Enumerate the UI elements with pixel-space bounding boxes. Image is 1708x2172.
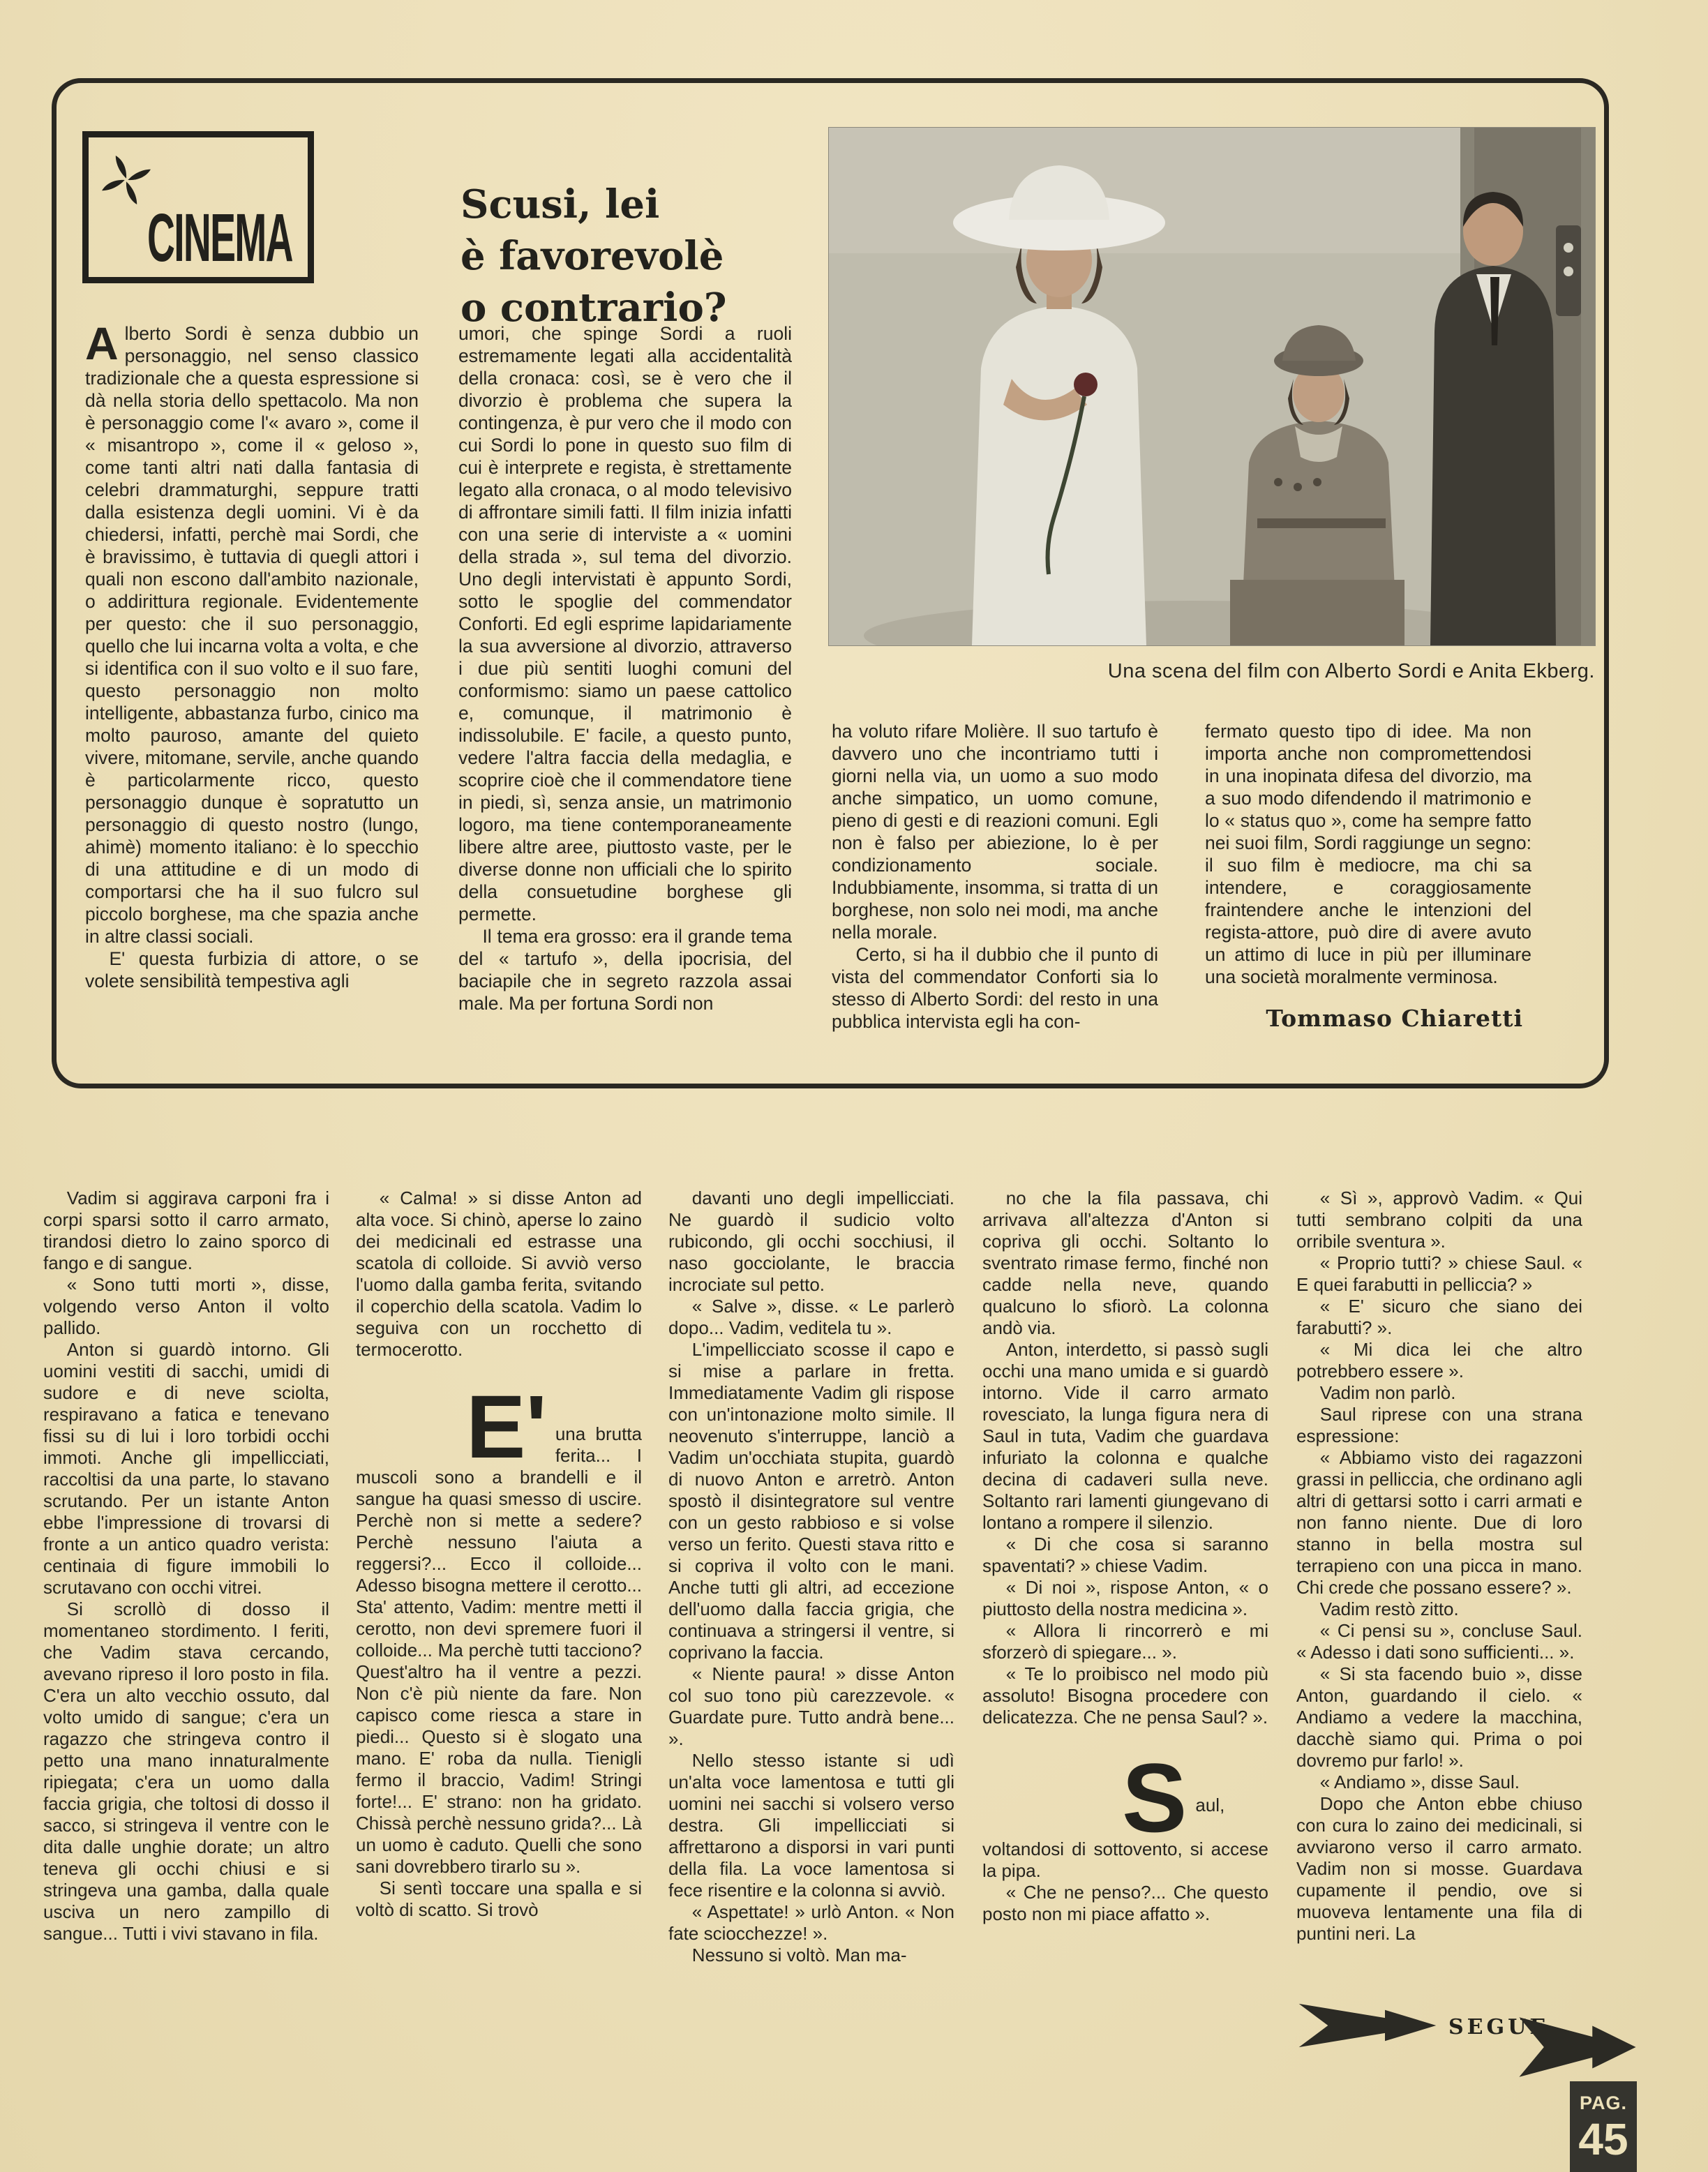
story-paragraph: « Niente paura! » disse Anton col suo to…	[668, 1663, 954, 1750]
review-column-3: ha voluto rifare Molière. Il suo tartufo…	[832, 720, 1158, 1033]
story-paragraph: Vadim si aggirava carponi fra i corpi sp…	[43, 1188, 329, 1274]
article-paragraph: Certo, si ha il dubbio che il punto di v…	[832, 943, 1158, 1033]
pinwheel-icon	[100, 151, 153, 209]
story-paragraph: « Mi dica lei che altro potrebbero esser…	[1296, 1339, 1582, 1382]
story-paragraph: Nessuno si voltò. Man ma-	[668, 1945, 954, 1966]
story-paragraph: Anton si guardò intorno. Gli uomini vest…	[43, 1339, 329, 1598]
story-paragraph: « Sì », approvò Vadim. « Qui tutti sembr…	[1296, 1188, 1582, 1252]
story-paragraph: L'impellicciato scosse il capo e si mise…	[668, 1339, 954, 1663]
article-paragraph: ha voluto rifare Molière. Il suo tartufo…	[832, 720, 1158, 943]
story-paragraph: Dopo che Anton ebbe chiuso con cura lo z…	[1296, 1793, 1582, 1945]
story-paragraph: « Che ne penso?... Che questo posto non …	[982, 1882, 1268, 1925]
story-column-5: « Sì », approvò Vadim. « Qui tutti sembr…	[1296, 1188, 1582, 1945]
dropcap-e: E'	[466, 1391, 547, 1465]
article-paragraph: E' questa furbizia di attore, o se volet…	[85, 948, 419, 992]
story-paragraph: Nello stesso istante si udì un'alta voce…	[668, 1750, 954, 1901]
page-number: 45	[1570, 2117, 1637, 2162]
magazine-page: CINEMA Scusi, lei è favorevolè o contrar…	[0, 0, 1708, 2172]
review-byline: Tommaso Chiaretti	[1205, 1008, 1531, 1030]
story-paragraph: Anton, interdetto, si passò sugli occhi …	[982, 1339, 1268, 1534]
story-paragraph: « E' sicuro che siano dei farabutti? ».	[1296, 1296, 1582, 1339]
story-paragraph: « Salve », disse. « Le parlerò dopo... V…	[668, 1296, 954, 1339]
cinema-logo-box: CINEMA	[82, 131, 314, 283]
headline-line: Scusi, lei	[460, 179, 816, 230]
dropcap-s: S	[1122, 1758, 1187, 1838]
story-paragraph: E'una brutta ferita... I muscoli sono a …	[356, 1361, 642, 1878]
paragraph-text: lberto Sordi è senza dubbio un personagg…	[85, 323, 419, 947]
article-paragraph: fermato questo tipo di idee. Ma non impo…	[1205, 720, 1531, 988]
article-paragraph: Il tema era grosso: era il grande tema d…	[458, 925, 792, 1014]
headline-line: è favorevolè	[460, 230, 816, 282]
paragraph-text: una brutta ferita... I muscoli sono a br…	[356, 1423, 642, 1877]
story-paragraph: « Aspettate! » urlò Anton. « Non fate sc…	[668, 1901, 954, 1945]
review-headline: Scusi, lei è favorevolè o contrario?	[460, 179, 816, 334]
dropcap-a: A	[85, 324, 119, 362]
next-page-arrow-icon	[1518, 2014, 1637, 2081]
review-column-2: umori, che spinge Sordi a ruoli estremam…	[458, 322, 792, 1014]
review-column-1: Alberto Sordi è senza dubbio un personag…	[85, 322, 419, 992]
story-paragraph: Vadim non parlò.	[1296, 1382, 1582, 1404]
story-column-4: no che la fila passava, chi arrivava all…	[982, 1188, 1268, 1925]
story-paragraph: Si scrollò di dosso il momentaneo stordi…	[43, 1598, 329, 1945]
story-paragraph: « Ci pensi su », concluse Saul. « Adesso…	[1296, 1620, 1582, 1663]
story-paragraph: « Di che cosa si saranno spaventati? » c…	[982, 1534, 1268, 1577]
article-paragraph: umori, che spinge Sordi a ruoli estremam…	[458, 322, 792, 925]
article-paragraph: Alberto Sordi è senza dubbio un personag…	[85, 322, 419, 948]
story-paragraph: « Allora li rincorrerò e mi sforzerò di …	[982, 1620, 1268, 1663]
story-paragraph: « Di noi », rispose Anton, « o piuttosto…	[982, 1577, 1268, 1620]
page-number-label: PAG.	[1570, 2092, 1637, 2114]
story-paragraph: « Calma! » si disse Anton ad alta voce. …	[356, 1188, 642, 1361]
story-paragraph: no che la fila passava, chi arrivava all…	[982, 1188, 1268, 1339]
story-column-2: « Calma! » si disse Anton ad alta voce. …	[356, 1188, 642, 1921]
story-paragraph: Vadim restò zitto.	[1296, 1598, 1582, 1620]
story-column-3: davanti uno degli impellicciati. Ne guar…	[668, 1188, 954, 1966]
review-column-4: fermato questo tipo di idee. Ma non impo…	[1205, 720, 1531, 1030]
story-column-1: Vadim si aggirava carponi fra i corpi sp…	[43, 1188, 329, 1945]
story-paragraph: Si sentì toccare una spalla e si voltò d…	[356, 1878, 642, 1921]
film-still-photo	[829, 128, 1595, 645]
cinema-section-label: CINEMA	[147, 204, 292, 271]
story-paragraph: « Andiamo », disse Saul.	[1296, 1772, 1582, 1793]
story-paragraph: davanti uno degli impellicciati. Ne guar…	[668, 1188, 954, 1296]
story-paragraph: « Sono tutti morti », disse, volgendo ve…	[43, 1274, 329, 1339]
story-paragraph: « Te lo proibisco nel modo più assoluto!…	[982, 1663, 1268, 1728]
story-paragraph: « Si sta facendo buio », disse Anton, gu…	[1296, 1663, 1582, 1772]
story-paragraph: « Abbiamo visto dei ragazzoni grassi in …	[1296, 1447, 1582, 1598]
story-paragraph: Saul riprese con una strana espressione:	[1296, 1404, 1582, 1447]
page-number-badge: PAG. 45	[1570, 2081, 1637, 2172]
next-page-arrow-icon	[1298, 2001, 1437, 2050]
story-paragraph: Saul, voltandosi di sottovento, si acces…	[982, 1728, 1268, 1882]
photo-caption: Una scena del film con Alberto Sordi e A…	[829, 660, 1595, 683]
story-paragraph: « Proprio tutti? » chiese Saul. « E quei…	[1296, 1252, 1582, 1296]
